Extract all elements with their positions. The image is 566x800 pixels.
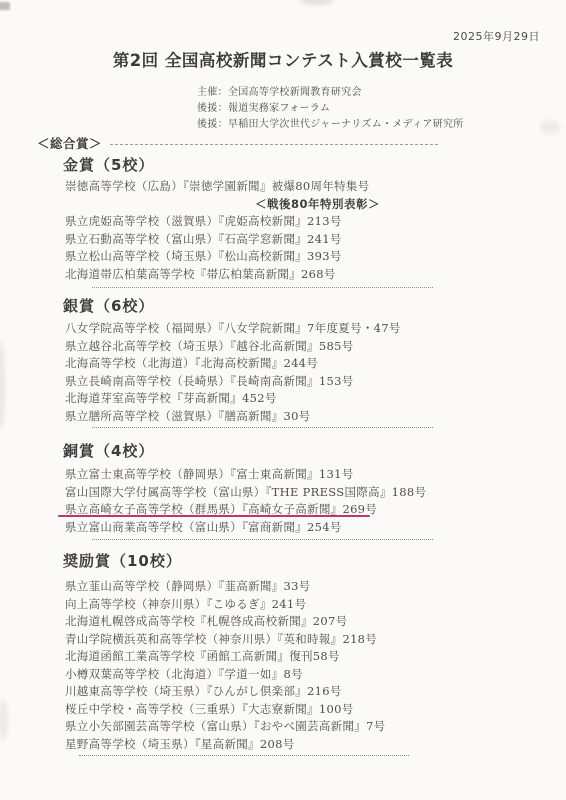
document-date: 2025年9月29日 <box>453 28 540 44</box>
award-row: 北海道芽室高等学校『芽高新聞』452号 <box>63 390 566 408</box>
section-divider <box>92 539 433 540</box>
organizer-line: 後援：早稲田大学次世代ジャーナリズム・メディア研究所 <box>197 117 566 133</box>
award-section-silver: 銀賞（6校） 八女学院高等学校（福岡県）『八女学院新聞』7年度夏号・47号 県立… <box>63 296 566 428</box>
award-row: 小樽双葉高等学校（北海道）『学道一如』8号 <box>63 666 566 684</box>
section-heading: 銅賞（4校） <box>63 441 566 461</box>
section-divider <box>92 427 433 428</box>
award-row: 県立韮山高等学校（静岡県）『韮高新聞』33号 <box>63 578 566 596</box>
award-row: 県立石動高等学校（富山県）『石高学窓新聞』241号 <box>63 231 566 249</box>
section-divider <box>92 287 433 288</box>
section-divider <box>79 755 409 756</box>
award-row: 県立富士東高等学校（静岡県）『富士東高新聞』131号 <box>63 466 566 484</box>
award-section-gold: 金賞（5校） 崇徳高等学校（広島）『崇徳学園新聞』被爆80周年特集号 ＜戦後80… <box>63 155 566 288</box>
section-rows: 崇徳高等学校（広島）『崇徳学園新聞』被爆80周年特集号 ＜戦後80年特別表彰＞ … <box>63 178 566 283</box>
section-heading: 奨励賞（10校） <box>63 551 566 571</box>
award-row: 桜丘中学校・高等学校（三重県）『大志寮新聞』100号 <box>63 701 566 719</box>
award-row: 県立越谷北高等学校（埼玉県）『越谷北高新聞』585号 <box>63 338 566 356</box>
award-row: 県立長崎南高等学校（長崎県）『長崎南高新聞』153号 <box>63 373 566 391</box>
scanned-document-page: 2025年9月29日 第2回 全国高校新聞コンテスト入賞校一覧表 主催：全国高等… <box>0 0 566 800</box>
section-heading: 銀賞（6校） <box>63 296 566 316</box>
award-row: 青山学院横浜英和高等学校（神奈川県）『英和時報』218号 <box>63 631 566 649</box>
award-row: 県立小矢部園芸高等学校（富山県）『おやべ園芸高新聞』7号 <box>63 718 566 736</box>
scan-artifact <box>0 700 8 740</box>
award-row: 八女学院高等学校（福岡県）『八女学院新聞』7年度夏号・47号 <box>63 320 566 338</box>
category-heading-row: ＜総合賞＞ <box>37 135 566 151</box>
award-row: 北海道函館工業高等学校『函館工高新聞』復刊58号 <box>63 648 566 666</box>
award-row: 県立膳所高等学校（滋賀県）『膳高新聞』30号 <box>63 408 566 426</box>
section-rows: 県立韮山高等学校（静岡県）『韮高新聞』33号 向上高等学校（神奈川県）『こゆるぎ… <box>63 578 566 753</box>
category-divider-line <box>110 144 438 145</box>
section-rows: 県立富士東高等学校（静岡県）『富士東高新聞』131号 富山国際大学付属高等学校（… <box>63 466 566 536</box>
award-row: 北海高等学校（北海道）『北海高校新聞』244号 <box>63 355 566 373</box>
award-row: 崇徳高等学校（広島）『崇徳学園新聞』被爆80周年特集号 <box>63 178 566 196</box>
award-row: 北海道札幌啓成高等学校『札幌啓成高校新聞』207号 <box>63 613 566 631</box>
award-list: 金賞（5校） 崇徳高等学校（広島）『崇徳学園新聞』被爆80周年特集号 ＜戦後80… <box>63 155 566 756</box>
highlight-underline <box>58 515 370 518</box>
award-section-encouragement: 奨励賞（10校） 県立韮山高等学校（静岡県）『韮高新聞』33号 向上高等学校（神… <box>63 551 566 756</box>
scan-artifact <box>0 340 5 430</box>
award-row: 川越東高等学校（埼玉県）『ひんがし倶楽部』216号 <box>63 683 566 701</box>
award-row: 県立富山商業高等学校（富山県）『富商新聞』254号 <box>63 519 566 537</box>
award-row-highlighted: 県立高崎女子高等学校（群馬県）『高崎女子高新聞』269号 <box>63 501 566 519</box>
award-row: 星野高等学校（埼玉県）『星高新聞』208号 <box>63 736 566 754</box>
award-row: 県立虎姫高等学校（滋賀県）『虎姫高校新聞』213号 <box>63 213 566 231</box>
award-section-bronze: 銅賞（4校） 県立富士東高等学校（静岡県）『富士東高新聞』131号 富山国際大学… <box>63 441 566 540</box>
document-title: 第2回 全国高校新聞コンテスト入賞校一覧表 <box>0 50 566 72</box>
award-row-text: 県立高崎女子高等学校（群馬県）『高崎女子高新聞』269号 <box>65 502 377 516</box>
section-rows: 八女学院高等学校（福岡県）『八女学院新聞』7年度夏号・47号 県立越谷北高等学校… <box>63 320 566 425</box>
organizer-line: 後援：報道実務家フォーラム <box>197 101 566 117</box>
section-heading: 金賞（5校） <box>63 155 566 175</box>
organizer-line: 主催：全国高等学校新聞教育研究会 <box>197 85 566 101</box>
award-row: 富山国際大学付属高等学校（富山県）『THE PRESS国際高』188号 <box>63 484 566 502</box>
award-row: 県立松山高等学校（埼玉県）『松山高校新聞』393号 <box>63 248 566 266</box>
special-commendation-subheading: ＜戦後80年特別表彰＞ <box>63 196 566 214</box>
award-row: 向上高等学校（神奈川県）『こゆるぎ』241号 <box>63 596 566 614</box>
organizer-list: 主催：全国高等学校新聞教育研究会 後援：報道実務家フォーラム 後援：早稲田大学次… <box>197 85 566 133</box>
scan-artifact <box>300 0 334 5</box>
award-row: 北海道帯広柏葉高等学校『帯広柏葉高新聞』268号 <box>63 266 566 284</box>
scan-artifact <box>0 2 10 10</box>
category-label: ＜総合賞＞ <box>37 134 102 152</box>
